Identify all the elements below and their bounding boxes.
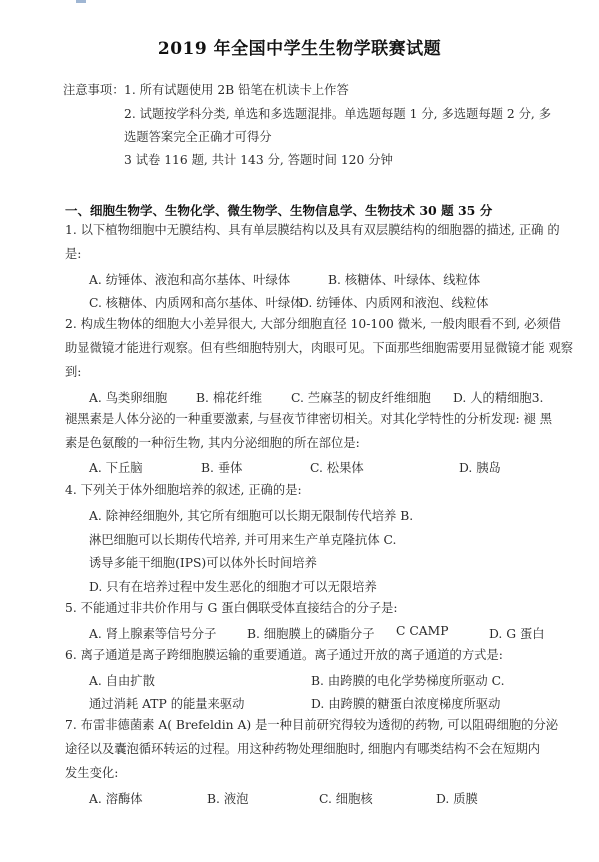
q7-stem-line-3: 发生变化: <box>65 765 118 781</box>
q4-option-b: 淋巴细胞可以长期传代培养, 并可用来生产单克隆抗体 C. <box>89 530 396 548</box>
q4-option-c: 诱导多能干细胞(IPS)可以体外长时间培养 <box>89 553 317 571</box>
q1-option-b: B. 核糖体、叶绿体、线粒体 <box>328 270 480 288</box>
q2-stem-line-2: 助显微镜才能进行观察。但有些细胞特别大，肉眼可见。下面那些细胞需要用显微镜才能 … <box>65 340 573 356</box>
q7-stem-line-2: 途径以及囊泡循环转运的过程。用这种药物处理细胞时, 细胞内有哪类结构不会在短期内 <box>65 741 540 757</box>
q5-option-d: D. G 蛋白 <box>489 624 545 642</box>
q2-option-d: D. 人的精细胞3. <box>453 388 543 406</box>
q5-stem: 5. 不能通过非共价作用与 G 蛋白偶联受体直接结合的分子是: <box>65 600 398 616</box>
q3-option-d: D. 胰岛 <box>459 458 501 476</box>
q4-option-a: A. 除神经细胞外, 其它所有细胞可以长期无限制传代培养 B. <box>89 506 413 524</box>
q7-option-d: D. 质膜 <box>436 789 478 807</box>
q2-stem-line-1: 2. 构成生物体的细胞大小差异很大, 大部分细胞直径 10-100 微米, 一般… <box>65 316 561 332</box>
q5-option-a: A. 肾上腺素等信号分子 <box>89 624 216 642</box>
q2-stem-line-3: 到: <box>65 364 81 380</box>
q7-option-b: B. 液泡 <box>207 789 248 807</box>
q1-option-a: A. 纺锤体、液泡和高尔基体、叶绿体 <box>89 270 290 288</box>
q3-stem-line-2: 素是色氨酸的一种衍生物, 其内分泌细胞的所在部位是: <box>65 435 360 451</box>
q6-option-a: A. 自由扩散 <box>89 671 155 689</box>
q2-option-b: B. 棉花纤维 <box>196 388 262 406</box>
q1-stem-line-2: 是: <box>65 246 81 262</box>
section-heading: 一、细胞生物学、生物化学、微生物学、生物信息学、生物技术 30 题 35 分 <box>65 201 492 219</box>
q6-stem: 6. 离子通道是离子跨细胞膜运输的重要通道。离子通过开放的离子通道的方式是: <box>65 647 503 663</box>
notice-item-2-cont: 选题答案完全正确才可得分 <box>124 129 272 145</box>
q7-option-a: A. 溶酶体 <box>89 789 143 807</box>
q7-option-c: C. 细胞核 <box>319 789 373 807</box>
page-title: 2019 年全国中学生生物学联赛试题 <box>0 34 599 59</box>
q5-option-b: B. 细胞膜上的磷脂分子 <box>247 624 375 642</box>
q2-option-a: A. 鸟类卵细胞 <box>89 388 167 406</box>
q1-option-c: C. 核糖体、内质网和高尔基体、叶绿体 <box>89 293 303 311</box>
q3-option-a: A. 下丘脑 <box>89 458 143 476</box>
q6-option-b: B. 由跨膜的电化学势梯度所驱动 C. <box>311 671 505 689</box>
corner-mark <box>76 0 86 3</box>
q3-stem-line-1: 褪黑素是人体分泌的一种重要激素, 与昼夜节律密切相关。对其化学特性的分析发现: … <box>65 411 552 427</box>
notice-item-2: 2. 试题按学科分类, 单选和多选题混排。单选题每题 1 分, 多选题每题 2 … <box>124 106 551 122</box>
notice-item-3: 3 试卷 116 题, 共计 143 分, 答题时间 120 分钟 <box>124 152 393 168</box>
q4-option-d: D. 只有在培养过程中发生恶化的细胞才可以无限培养 <box>89 577 377 595</box>
q2-option-c: C. 苎麻茎的韧皮纤维细胞 <box>291 388 431 406</box>
q1-stem-line-1: 1. 以下植物细胞中无膜结构、具有单层膜结构以及具有双层膜结构的细胞器的描述, … <box>65 222 560 238</box>
q1-option-d: D. 纺锤体、内质网和液泡、线粒体 <box>299 293 488 311</box>
q6-option-c: 通过消耗 ATP 的能量来驱动 <box>89 694 244 712</box>
notice-label: 注意事项： <box>63 82 125 98</box>
q5-option-c: C CAMP <box>396 624 448 638</box>
q3-option-c: C. 松果体 <box>310 458 364 476</box>
q7-stem-line-1: 7. 布雷非德菌素 A( Brefeldin A) 是一种目前研究得较为透彻的药… <box>65 717 558 733</box>
notice-item-1: 1. 所有试题使用 2B 铅笔在机读卡上作答 <box>124 82 349 98</box>
q6-option-d: D. 由跨膜的糖蛋白浓度梯度所驱动 <box>311 694 500 712</box>
q3-option-b: B. 垂体 <box>201 458 242 476</box>
q4-stem: 4. 下列关于体外细胞培养的叙述, 正确的是: <box>65 482 302 498</box>
